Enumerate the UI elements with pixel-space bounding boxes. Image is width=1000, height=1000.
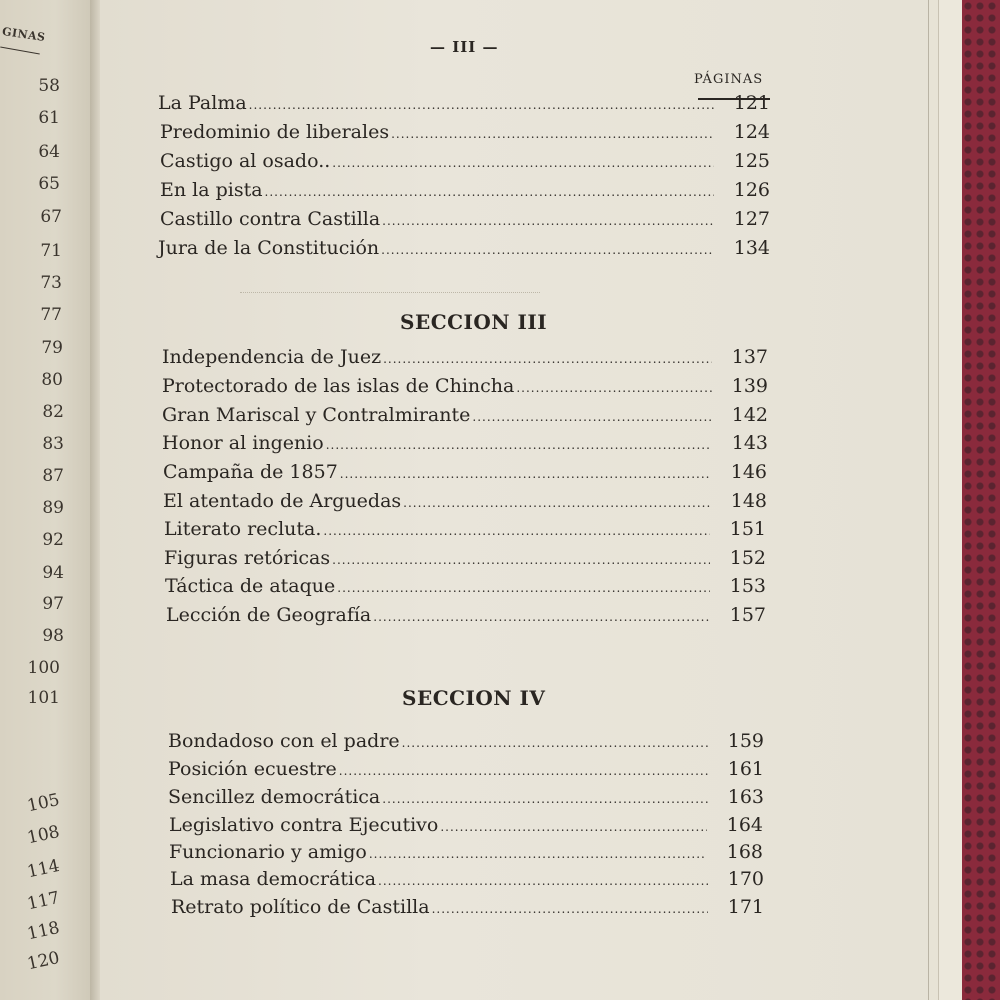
left-page-number: 105 xyxy=(0,790,61,822)
leader-dots xyxy=(516,381,712,395)
leader-dots xyxy=(391,127,714,141)
left-page-number: 58 xyxy=(0,76,60,96)
leader-dots xyxy=(326,438,712,452)
toc-entry-title: En la pista xyxy=(160,179,263,201)
toc-entry-title: Retrato político de Castilla xyxy=(171,896,430,918)
toc-entry-title: El atentado de Arguedas xyxy=(163,490,401,512)
toc-entry-page: 125 xyxy=(720,150,770,172)
toc-entry-title: Legislativo contra Ejecutivo xyxy=(169,814,438,836)
toc-entry-page: 139 xyxy=(718,375,768,397)
page-number: — III — xyxy=(430,38,499,56)
toc-entry: El atentado de Arguedas148 xyxy=(163,490,767,512)
leader-dots xyxy=(402,736,708,750)
leader-dots xyxy=(403,496,711,510)
toc-entry-page: 121 xyxy=(720,92,770,114)
toc-entry-title: Castillo contra Castilla xyxy=(160,208,380,230)
left-page-number: 100 xyxy=(0,658,60,678)
toc-entry-title: Jura de la Constitución xyxy=(158,237,379,259)
toc-entry-title: Independencia de Juez xyxy=(162,346,381,368)
toc-entry-page: 159 xyxy=(714,730,764,752)
left-page-numbers: 58 61 64 65 67 71 73 77 79 80 82 83 87 8… xyxy=(0,0,92,1000)
toc-entry: Retrato político de Castilla171 xyxy=(171,896,764,918)
toc-entry-title: Literato recluta. xyxy=(164,518,321,540)
leader-dots xyxy=(382,214,714,228)
paginas-column-header: PÁGINAS xyxy=(694,72,763,87)
toc-entry-page: 148 xyxy=(717,490,767,512)
toc-entry: La Palma121 xyxy=(158,92,770,114)
leader-dots xyxy=(383,352,712,366)
toc-entry-page: 126 xyxy=(720,179,770,201)
toc-entry-page: 127 xyxy=(720,208,770,230)
toc-entry-page: 171 xyxy=(714,896,764,918)
leader-dots xyxy=(339,764,708,778)
leader-dots xyxy=(323,524,710,538)
toc-entry: Honor al ingenio143 xyxy=(162,432,768,454)
toc-entry-title: Figuras retóricas xyxy=(164,547,330,569)
toc-entry-page: 157 xyxy=(716,604,766,626)
leader-dots xyxy=(369,847,707,861)
toc-entry-page: 151 xyxy=(716,518,766,540)
left-page-number: 118 xyxy=(0,918,61,950)
leader-dots xyxy=(373,610,710,624)
toc-entry: Táctica de ataque153 xyxy=(165,575,766,597)
left-page-number: 65 xyxy=(0,174,60,194)
left-page-number: 89 xyxy=(4,498,64,518)
toc-entry: Gran Mariscal y Contralmirante142 xyxy=(162,404,768,426)
toc-entry: En la pista126 xyxy=(160,179,770,201)
left-page-number: 101 xyxy=(0,688,60,708)
leader-dots xyxy=(249,98,714,112)
left-page: GINAS 58 61 64 65 67 71 73 77 79 80 82 8… xyxy=(0,0,92,1000)
toc-entry-title: Lección de Geografía xyxy=(166,604,371,626)
toc-entry-title: Táctica de ataque xyxy=(165,575,335,597)
toc-entry: Posición ecuestre161 xyxy=(168,758,764,780)
toc-entry: Campaña de 1857146 xyxy=(163,461,767,483)
toc-entry: Protectorado de las islas de Chincha139 xyxy=(162,375,768,397)
toc-entry-title: Campaña de 1857 xyxy=(163,461,338,483)
left-page-number: 61 xyxy=(0,108,60,128)
faint-rule xyxy=(240,292,540,293)
toc-entry-page: 164 xyxy=(713,814,763,836)
left-page-number: 71 xyxy=(2,241,62,261)
left-page-number: 117 xyxy=(0,888,61,920)
toc-entry: Castillo contra Castilla127 xyxy=(160,208,770,230)
toc-entry-title: Funcionario y amigo xyxy=(169,841,367,863)
toc-entry-page: 124 xyxy=(720,121,770,143)
toc-entry-page: 152 xyxy=(716,547,766,569)
toc-entry-page: 153 xyxy=(716,575,766,597)
book-cover xyxy=(962,0,1000,1000)
toc-entry-title: La masa democrática xyxy=(170,868,376,890)
toc-entry-page: 170 xyxy=(714,868,764,890)
left-page-number: 80 xyxy=(3,370,63,390)
toc-entry-title: Predominio de liberales xyxy=(160,121,389,143)
left-page-number: 67 xyxy=(2,207,62,227)
left-page-number: 94 xyxy=(4,563,64,583)
toc-entry-title: Honor al ingenio xyxy=(162,432,324,454)
left-page-number: 92 xyxy=(4,530,64,550)
toc-entry-page: 146 xyxy=(717,461,767,483)
toc-entry-title: Sencillez democrática xyxy=(168,786,380,808)
toc-entry: Sencillez democrática163 xyxy=(168,786,764,808)
left-page-number: 82 xyxy=(4,402,64,422)
toc-entry: Bondadoso con el padre159 xyxy=(168,730,764,752)
leader-dots xyxy=(340,467,711,481)
leader-dots xyxy=(472,410,712,424)
leader-dots xyxy=(432,902,708,916)
left-page-number: 83 xyxy=(4,434,64,454)
left-page-number: 114 xyxy=(0,856,61,888)
toc-entry-page: 143 xyxy=(718,432,768,454)
toc-entry: La masa democrática170 xyxy=(170,868,764,890)
toc-entry-title: Castigo al osado.. xyxy=(160,150,330,172)
toc-entry-page: 168 xyxy=(713,841,763,863)
left-page-number: 73 xyxy=(2,273,62,293)
toc-entry-page: 163 xyxy=(714,786,764,808)
toc-entry: Predominio de liberales124 xyxy=(160,121,770,143)
toc-entry: Literato recluta.151 xyxy=(164,518,766,540)
section-title: SECCION IV xyxy=(402,686,545,710)
toc-entry: Independencia de Juez137 xyxy=(162,346,768,368)
toc-entry: Legislativo contra Ejecutivo164 xyxy=(169,814,763,836)
left-page-number: 97 xyxy=(4,594,64,614)
toc-entry: Castigo al osado..125 xyxy=(160,150,770,172)
left-page-number: 64 xyxy=(0,142,60,162)
left-page-number: 77 xyxy=(2,305,62,325)
leader-dots xyxy=(440,820,707,834)
toc-entry-page: 161 xyxy=(714,758,764,780)
toc-entry: Funcionario y amigo168 xyxy=(169,841,763,863)
left-page-number: 98 xyxy=(4,626,64,646)
leader-dots xyxy=(332,553,710,567)
toc-entry-page: 137 xyxy=(718,346,768,368)
toc-entry: Jura de la Constitución134 xyxy=(158,237,770,259)
toc-entry-page: 134 xyxy=(720,237,770,259)
leader-dots xyxy=(337,581,710,595)
toc-entry: Figuras retóricas152 xyxy=(164,547,766,569)
toc-entry-title: Bondadoso con el padre xyxy=(168,730,400,752)
page-edge xyxy=(938,0,963,1000)
leader-dots xyxy=(382,792,708,806)
toc-entry-title: Posición ecuestre xyxy=(168,758,337,780)
leader-dots xyxy=(332,156,714,170)
left-page-number: 108 xyxy=(0,822,61,854)
toc-entry-title: Gran Mariscal y Contralmirante xyxy=(162,404,470,426)
left-page-number: 120 xyxy=(0,948,61,980)
toc-entry-page: 142 xyxy=(718,404,768,426)
toc-entry-title: La Palma xyxy=(158,92,247,114)
left-page-number: 79 xyxy=(3,338,63,358)
left-page-number: 87 xyxy=(4,466,64,486)
toc-entry: Lección de Geografía157 xyxy=(166,604,766,626)
leader-dots xyxy=(381,243,714,257)
section-title: SECCION III xyxy=(400,310,547,334)
leader-dots xyxy=(265,185,714,199)
leader-dots xyxy=(378,874,708,888)
toc-entry-title: Protectorado de las islas de Chincha xyxy=(162,375,514,397)
